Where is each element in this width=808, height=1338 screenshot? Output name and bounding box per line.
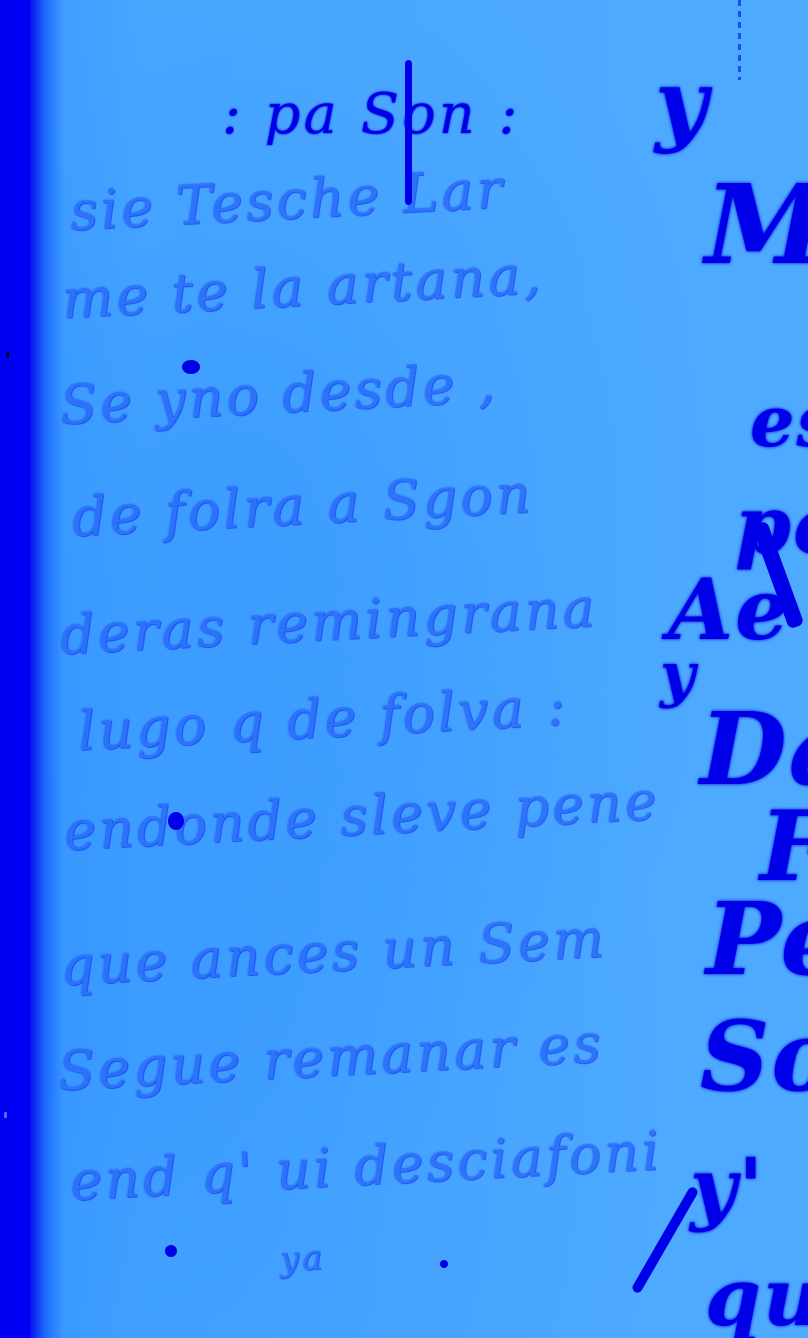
manuscript-line: lugo q de folva : (76, 674, 569, 763)
manuscript-page: : pa Son : sie Tesche Lar me te la artan… (0, 0, 808, 1338)
manuscript-fragment: y (655, 50, 709, 156)
ink-stroke (405, 60, 412, 205)
manuscript-line: end q' ui desciafoni (68, 1119, 663, 1213)
manuscript-line: que ances un Sem (58, 906, 608, 998)
manuscript-fragment: qua (705, 1250, 808, 1338)
margin-mark (4, 1112, 7, 1118)
manuscript-line: Se yno desde , (58, 351, 499, 437)
manuscript-line: endonde sleve pene (62, 769, 661, 863)
margin-edge-fade (30, 0, 64, 1338)
ink-dot (165, 1245, 177, 1257)
left-margin-strip (0, 0, 34, 1338)
heading-text: : pa Son : (222, 82, 521, 147)
manuscript-fragment: So (700, 1000, 808, 1113)
manuscript-line: deras remingrana (58, 576, 599, 667)
manuscript-line: ya (279, 1238, 327, 1280)
ink-stroke (631, 1186, 700, 1295)
manuscript-fragment: Mu (705, 160, 808, 289)
manuscript-fragment: es (750, 380, 808, 463)
ink-dot (168, 812, 184, 830)
manuscript-fragment: y' (690, 1140, 765, 1234)
manuscript-line: sie Tesche Lar (68, 157, 506, 243)
manuscript-line: me te la artana, (60, 243, 544, 331)
manuscript-line: Segue remanar es (56, 1011, 605, 1103)
dotted-rule (738, 0, 741, 80)
manuscript-fragment: Pe (706, 880, 808, 998)
manuscript-fragment: y (660, 640, 697, 710)
manuscript-line: de folra a Sgon (70, 462, 535, 549)
ink-dot (440, 1260, 448, 1268)
ink-dot (182, 360, 200, 374)
margin-mark (6, 352, 9, 358)
